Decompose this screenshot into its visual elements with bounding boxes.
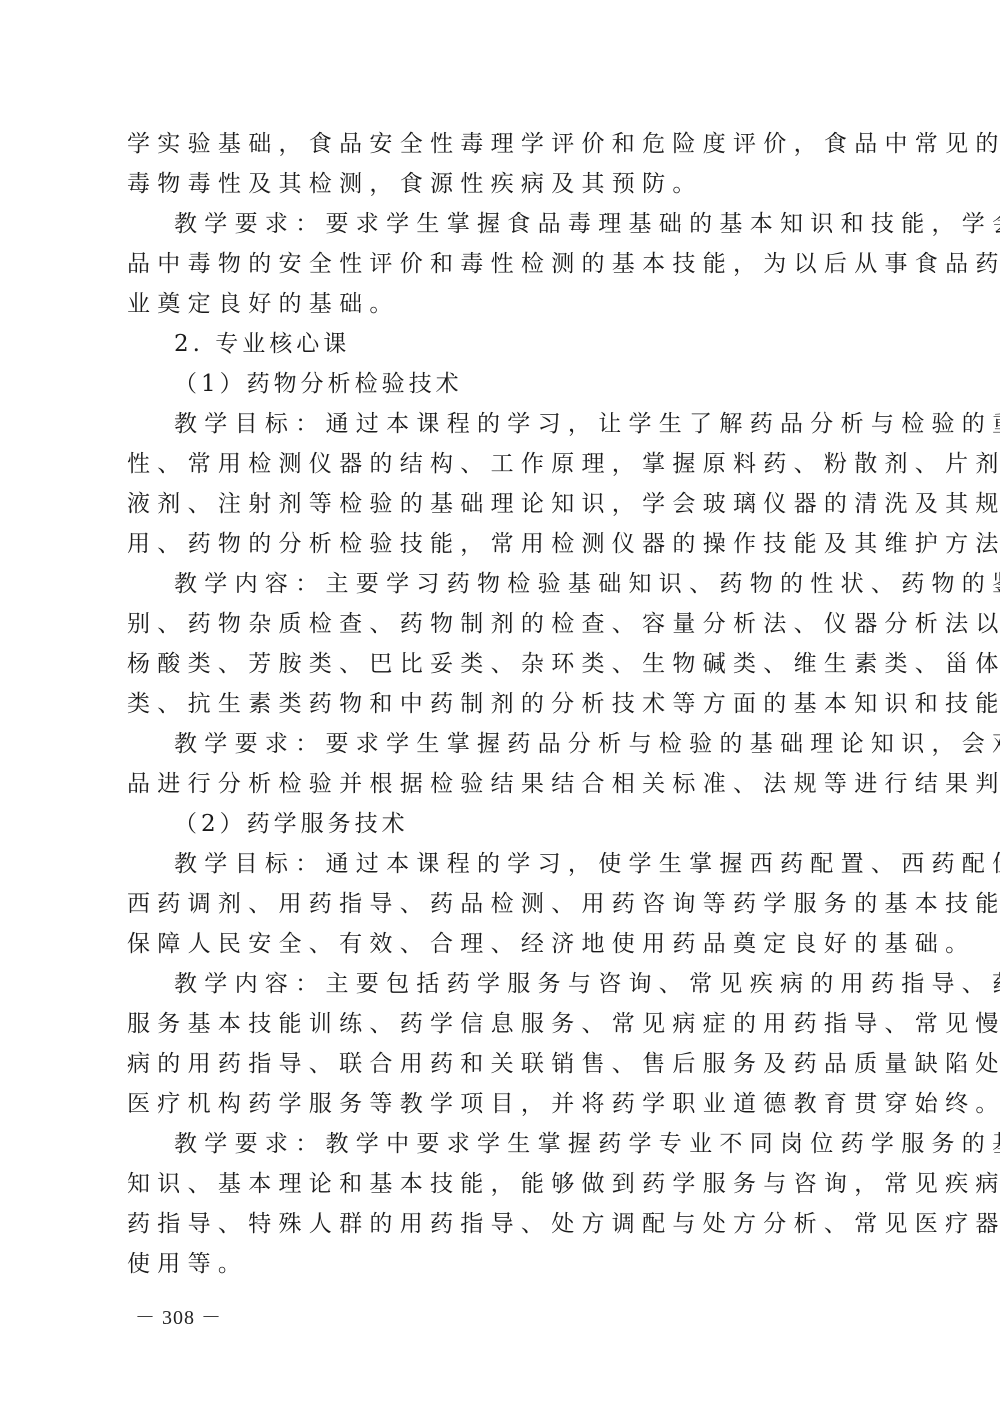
document-page: 学实验基础，食品安全性毒理学评价和危险度评价，食品中常见的化学 毒物毒性及其检测… bbox=[0, 0, 1000, 1414]
text-line: 保障人民安全、有效、合理、经济地使用药品奠定良好的基础。 bbox=[127, 924, 877, 964]
text-line: 医疗机构药学服务等教学项目，并将药学职业道德教育贯穿始终。 bbox=[127, 1084, 877, 1124]
page-body: 学实验基础，食品安全性毒理学评价和危险度评价，食品中常见的化学 毒物毒性及其检测… bbox=[127, 124, 877, 1284]
text-line: 液剂、注射剂等检验的基础理论知识，学会玻璃仪器的清洗及其规范使 bbox=[127, 484, 877, 524]
text-line: 药指导、特殊人群的用药指导、处方调配与处方分析、常见医疗器械的 bbox=[127, 1204, 877, 1244]
text-line: 知识、基本理论和基本技能，能够做到药学服务与咨询，常见疾病的用 bbox=[127, 1164, 877, 1204]
text-line: 西药调剂、用药指导、药品检测、用药咨询等药学服务的基本技能，为 bbox=[127, 884, 877, 924]
text-line: 业奠定良好的基础。 bbox=[127, 284, 877, 324]
text-line: 品进行分析检验并根据检验结果结合相关标准、法规等进行结果判断。 bbox=[127, 764, 877, 804]
text-line: 病的用药指导、联合用药和关联销售、售后服务及药品质量缺陷处理、 bbox=[127, 1044, 877, 1084]
paragraph-teaching-content: 教学内容：主要学习药物检验基础知识、药物的性状、药物的鉴 bbox=[127, 564, 877, 604]
paragraph-teaching-goals: 教学目标：通过本课程的学习，使学生掌握西药配置、西药配伍、 bbox=[127, 844, 877, 884]
section-heading-core-courses: 2. 专业核心课 bbox=[127, 324, 877, 364]
text-line: 品中毒物的安全性评价和毒性检测的基本技能，为以后从事食品药品行 bbox=[127, 244, 877, 284]
text-line: 使用等。 bbox=[127, 1244, 877, 1284]
paragraph-teaching-requirements: 教学要求：要求学生掌握食品毒理基础的基本知识和技能，学会食 bbox=[127, 204, 877, 244]
text-line: 类、抗生素类药物和中药制剂的分析技术等方面的基本知识和技能。 bbox=[127, 684, 877, 724]
paragraph-teaching-content: 教学内容：主要包括药学服务与咨询、常见疾病的用药指导、药学 bbox=[127, 964, 877, 1004]
text-line: 杨酸类、芳胺类、巴比妥类、杂环类、生物碱类、维生素类、甾体激素 bbox=[127, 644, 877, 684]
text-line: 毒物毒性及其检测，食源性疾病及其预防。 bbox=[127, 164, 877, 204]
page-number: － 308 － bbox=[135, 1304, 222, 1332]
text-line: 用、药物的分析检验技能，常用检测仪器的操作技能及其维护方法等。 bbox=[127, 524, 877, 564]
text-line: 学实验基础，食品安全性毒理学评价和危险度评价，食品中常见的化学 bbox=[127, 124, 877, 164]
paragraph-teaching-goals: 教学目标：通过本课程的学习，让学生了解药品分析与检验的重要 bbox=[127, 404, 877, 444]
paragraph-teaching-requirements: 教学要求：要求学生掌握药品分析与检验的基础理论知识，会对药 bbox=[127, 724, 877, 764]
paragraph-teaching-requirements: 教学要求：教学中要求学生掌握药学专业不同岗位药学服务的基本 bbox=[127, 1124, 877, 1164]
subsection-heading-pharmacy-service: （2）药学服务技术 bbox=[127, 804, 877, 844]
text-line: 服务基本技能训练、药学信息服务、常见病症的用药指导、常见慢性疾 bbox=[127, 1004, 877, 1044]
subsection-heading-drug-analysis: （1）药物分析检验技术 bbox=[127, 364, 877, 404]
text-line: 性、常用检测仪器的结构、工作原理，掌握原料药、粉散剂、片剂、溶 bbox=[127, 444, 877, 484]
text-line: 别、药物杂质检查、药物制剂的检查、容量分析法、仪器分析法以及水 bbox=[127, 604, 877, 644]
